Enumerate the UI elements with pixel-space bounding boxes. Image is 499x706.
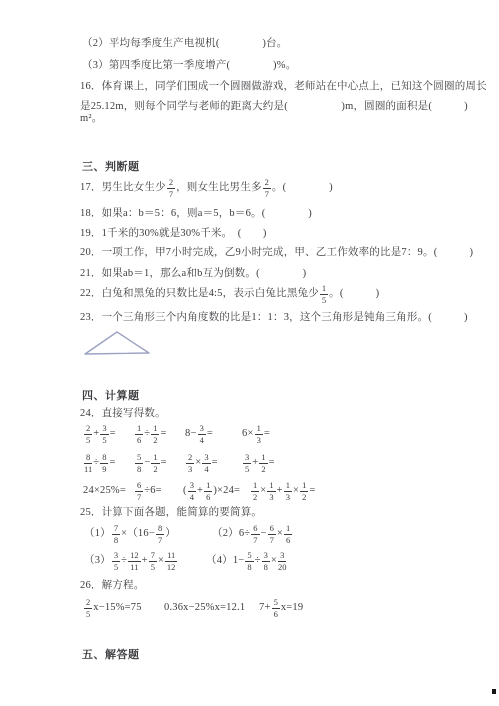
- fraction: 13: [267, 481, 275, 501]
- fraction: 16: [135, 424, 143, 444]
- q25-item-1: （1）78×（16−87）: [84, 524, 176, 544]
- q24-expr-r2c3: 23×34=: [185, 453, 218, 473]
- q24-expr-r3c4: 12×13+13×12=: [250, 481, 316, 501]
- fraction: 811: [84, 453, 92, 473]
- judge-item-17: 17．男生比女生少27，则女生比男生多27。( ): [80, 178, 333, 198]
- q24-expr-r1c1: 25+35=: [83, 424, 116, 444]
- fraction: 12: [251, 481, 259, 501]
- q26-equation-1: 25x−15%=75: [83, 598, 142, 618]
- fraction: 13: [255, 424, 263, 444]
- q25-item-3: （3）35÷1211+75×1112: [84, 551, 178, 571]
- fraction: 15: [320, 284, 328, 304]
- judge-item-22: 22．白兔和黑兔的只数比是4:5，表示白兔比黑兔少15。( ): [80, 284, 379, 304]
- judge-item-19: 19．1千米的30%就是30%千米。 ( ): [80, 227, 267, 241]
- judge-section-heading: 三、判断题: [82, 160, 140, 174]
- fraction: 35: [100, 424, 108, 444]
- q26-equation-2: 0.36x−25%x=12.1: [164, 598, 245, 618]
- q24-expr-r1c3: 8−34=: [185, 424, 213, 444]
- fill-item-3: （3）第四季度比第一季度增产( )%。: [82, 59, 296, 73]
- obtuse-triangle-figure: [79, 328, 155, 358]
- q26-title: 26．解方程。: [80, 579, 144, 593]
- fraction: 12: [259, 453, 267, 473]
- fraction: 78: [112, 524, 120, 544]
- fraction: 12: [151, 424, 159, 444]
- judge-item-18: 18．如果a：b＝5：6，则a＝5，b＝6。( ): [80, 207, 312, 221]
- q24-expr-r2c2: 58−12=: [134, 453, 167, 473]
- calc-section-heading: 四、计算题: [82, 389, 140, 403]
- judge-item-21: 21．如果ab＝1，那么a和b互为倒数。( ): [80, 267, 306, 281]
- fraction: 13: [284, 481, 292, 501]
- fraction: 56: [272, 598, 280, 618]
- q24-expr-r2c4: 35+12=: [242, 453, 275, 473]
- q25-title: 25．计算下面各题，能简算的要简算。: [80, 506, 262, 520]
- q26-equation-3: 7+56x=19: [259, 598, 303, 618]
- fraction: 1211: [128, 551, 141, 571]
- fraction: 67: [135, 481, 143, 501]
- fraction: 12: [151, 453, 159, 473]
- fraction: 1112: [165, 551, 177, 571]
- judge-item-20: 20．一项工作，甲7小时完成，乙9小时完成，甲、乙工作效率的比是7：9。( ): [80, 246, 473, 260]
- fraction: 87: [156, 524, 164, 544]
- q24-expr-r3c2: 67÷6=: [134, 481, 162, 501]
- fraction: 27: [263, 178, 271, 198]
- fraction: 67: [251, 524, 259, 544]
- fraction: 75: [149, 551, 157, 571]
- q24-expr-r3c1: 24×25%=: [83, 481, 126, 501]
- q24-expr-r1c4: 6×13=: [242, 424, 270, 444]
- fraction: 25: [84, 424, 92, 444]
- fraction: 35: [112, 551, 120, 571]
- q24-expr-r3c3: (34+16)×24=: [183, 481, 240, 501]
- q24-expr-r2c1: 811÷89=: [83, 453, 116, 473]
- q16-line-2: 是25.12m，则每个同学与老师的距离大约是( )m，圆圈的面积是( ): [80, 100, 468, 114]
- fill-item-2: （2）平均每季度生产电视机( )台。: [82, 37, 287, 51]
- fraction: 38: [262, 551, 270, 571]
- fraction: 16: [204, 481, 212, 501]
- fraction: 34: [202, 453, 210, 473]
- fraction: 34: [188, 481, 196, 501]
- q24-expr-r1c2: 16÷12=: [134, 424, 167, 444]
- fraction: 25: [84, 598, 92, 618]
- fraction: 34: [198, 424, 206, 444]
- fraction: 16: [284, 524, 292, 544]
- scan-artifact-dot: [492, 689, 496, 694]
- fraction: 12: [300, 481, 308, 501]
- fraction: 320: [278, 551, 287, 571]
- q16-line-1: 16．体育课上，同学们围成一个圆圈做游戏，老师站在中心点上，已知这个圆圈的周长: [80, 80, 487, 94]
- q16-line-3: m²。: [80, 112, 102, 126]
- judge-item-23: 23．一个三角形三个内角度数的比是1：1：3，这个三角形是钝角三角形。( ): [80, 311, 468, 325]
- fraction: 58: [245, 551, 253, 571]
- fraction: 35: [243, 453, 251, 473]
- q25-item-4: （4）1−58÷38×320: [206, 551, 288, 571]
- fraction: 23: [186, 453, 194, 473]
- q24-title: 24．直接写得数。: [80, 407, 166, 421]
- fraction: 89: [100, 453, 108, 473]
- solve-section-heading: 五、解答题: [82, 648, 140, 662]
- fraction: 58: [135, 453, 143, 473]
- fraction: 27: [167, 178, 175, 198]
- q25-item-2: （2）6÷67−67×16: [212, 524, 293, 544]
- fraction: 67: [268, 524, 276, 544]
